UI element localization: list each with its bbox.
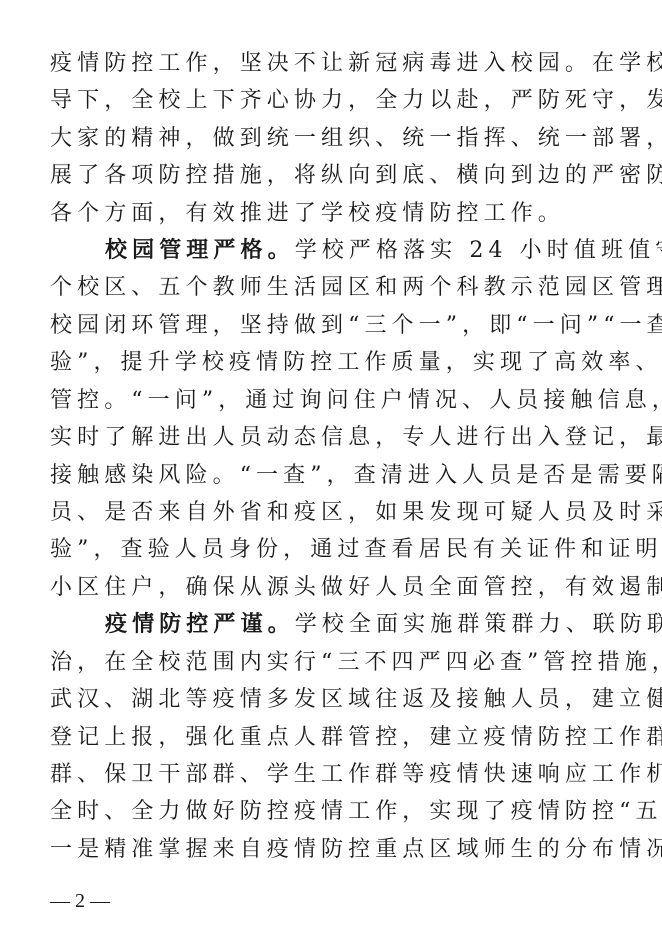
paragraph-3-heading: 疫情防控严谨。 [105, 611, 295, 637]
paragraph-1-line-2: 导下，全校上下齐心协力，全力以赴，严防死守，发扬舍小家顾 [50, 82, 610, 119]
paragraph-1-line-1: 疫情防控工作，坚决不让新冠病毒进入校园。在学校党委坚强领 [50, 45, 610, 82]
document-page: 疫情防控工作，坚决不让新冠病毒进入校园。在学校党委坚强领 导下，全校上下齐心协力… [0, 0, 662, 938]
page-number: — 2 — [50, 884, 110, 918]
paragraph-2-line-1-text: 学校严格落实 24 小时值班值守制度，强化三 [295, 238, 662, 263]
paragraph-3-line-4: 登记上报，强化重点人群管控，建立疫情防控工作群、教师工作 [50, 719, 610, 756]
paragraph-2-line-4: 验”，提升学校疫情防控工作质量，实现了高效率、零接触、严 [50, 344, 610, 381]
paragraph-3-line-7: 一是精准掌握来自疫情防控重点区域师生的分布情况；二是精准 [50, 831, 610, 868]
paragraph-2-heading: 校园管理严格。 [105, 237, 295, 263]
paragraph-1-line-3: 大家的精神，做到统一组织、统一指挥、统一部署，有力有序开 [50, 120, 610, 157]
paragraph-3-line-1: 疫情防控严谨。学校全面实施群策群力、联防联控、群防群 [105, 606, 662, 643]
paragraph-2-line-2: 个校区、五个教师生活园区和两个科教示范园区管理防控，实行 [50, 269, 610, 306]
paragraph-2-line-9: 验”，查验人员身份，通过查看居民有关证件和证明，是否是本 [50, 531, 610, 568]
paragraph-3-line-5: 群、保卫干部群、学生工作群等疫情快速响应工作机制，全员、 [50, 756, 610, 793]
paragraph-3-line-1-text: 学校全面实施群策群力、联防联控、群防群 [295, 612, 662, 637]
paragraph-3-line-2: 治，在全校范围内实行“三不四严四必查”管控措施，严格排查 [50, 644, 610, 681]
paragraph-2-line-10: 小区住户，确保从源头做好人员全面管控，有效遏制疫情入侵。 [50, 569, 610, 606]
paragraph-2-line-5: 管控。“一问”，通过询问住户情况、人员接触信息，测量体温， [50, 382, 610, 419]
paragraph-3-line-6: 全时、全力做好防控疫情工作，实现了疫情防控“五个精准”： [50, 793, 610, 830]
paragraph-2-line-3: 校园闭环管理，坚持做到“三个一”，即“一问”“一查”“一 [50, 307, 610, 344]
paragraph-3-line-3: 武汉、湖北等疫情多发区域往返及接触人员，建立健康台账做好 [50, 681, 610, 718]
paragraph-1-line-5: 各个方面，有效推进了学校疫情防控工作。 [50, 195, 610, 232]
paragraph-2-line-1: 校园管理严格。学校严格落实 24 小时值班值守制度，强化三 [105, 232, 662, 269]
paragraph-1-line-4: 展了各项防控措施，将纵向到底、横向到边的严密防控体系覆盖 [50, 157, 610, 194]
paragraph-2-line-8: 员、是否来自外省和疫区，如果发现可疑人员及时采取措施。“一 [50, 494, 610, 531]
paragraph-2-line-7: 接触感染风险。“一查”，查清进入人员是否是需要隔离观察人 [50, 457, 610, 494]
paragraph-2-line-6: 实时了解进出人员动态信息，专人进行出入登记，最大程度减少 [50, 419, 610, 456]
